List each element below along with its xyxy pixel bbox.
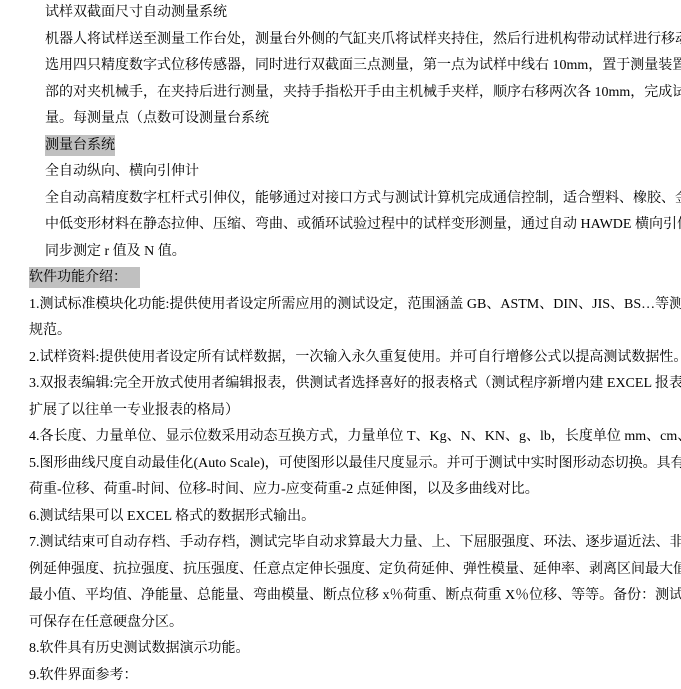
list-line: 例延伸强度、抗拉强度、抗压强度、任意点定伸长强度、定负荷延伸、弹性模量、延伸率、…	[0, 557, 681, 584]
heading-line: 软件功能介绍：	[0, 265, 681, 292]
list-line: 荷重-位移、荷重-时间、位移-时间、应力-应变荷重-2 点延伸图，以及多曲线对比…	[0, 477, 681, 504]
list-line: 2.试样资料:提供使用者设定所有试样数据，一次输入永久重复使用。并可自行增修公式…	[0, 345, 681, 372]
paragraph-line: 机器人将试样送至测量工作台处，测量台外侧的气缸夹爪将试样夹持住，然后行进机构带动…	[0, 27, 681, 54]
list-line: 6.测试结果可以 EXCEL 格式的数据形式输出。	[0, 504, 681, 531]
list-line: 可保存在任意硬盘分区。	[0, 610, 681, 637]
list-line: 3.双报表编辑:完全开放式使用者编辑报表，供测试者选择喜好的报表格式（测试程序新…	[0, 371, 681, 398]
heading-software-features: 软件功能介绍：	[29, 267, 140, 288]
paragraph-line: 中低变形材料在静态拉伸、压缩、弯曲、或循环试验过程中的试样变形测量，通过自动 H…	[0, 212, 681, 239]
paragraph-line: 选用四只精度数字式位移传感器，同时进行双截面三点测量，第一点为试样中线右 10m…	[0, 53, 681, 80]
paragraph-line: 全自动高精度数字杠杆式引伸仪，能够通过对接口方式与测试计算机完成通信控制，适合塑…	[0, 186, 681, 213]
list-line: 9.软件界面参考：	[0, 663, 681, 689]
paragraph-line: 部的对夹机械手，在夹持后进行测量，夹持手指松开手由主机械手夹样，顺序右移两次各 …	[0, 80, 681, 107]
list-line: 7.测试结束可自动存档、手动存档，测试完毕自动求算最大力量、上、下屈服强度、环法…	[0, 530, 681, 557]
list-line: 5.图形曲线尺度自动最佳化(Auto Scale)，可使图形以最佳尺度显示。并可…	[0, 451, 681, 478]
doc-title: 试样双截面尺寸自动测量系统	[0, 0, 681, 27]
list-line: 最小值、平均值、净能量、总能量、弯曲模量、断点位移 x％荷重、断点荷重 X％位移…	[0, 583, 681, 610]
list-line: 1.测试标准模块化功能:提供使用者设定所需应用的测试设定，范围涵盖 GB、AST…	[0, 292, 681, 319]
paragraph-line: 量。每测量点（点数可设测量台系统	[0, 106, 681, 133]
list-line: 规范。	[0, 318, 681, 345]
subheading-extensometer: 全自动纵向、横向引伸计	[0, 159, 681, 186]
list-line: 扩展了以往单一专业报表的格局）	[0, 398, 681, 425]
list-line: 4.各长度、力量单位、显示位数采用动态互换方式，力量单位 T、Kg、N、KN、g…	[0, 424, 681, 451]
document-page: 试样双截面尺寸自动测量系统 机器人将试样送至测量工作台处，测量台外侧的气缸夹爪将…	[0, 0, 681, 689]
paragraph-line: 同步测定 r 值及 N 值。	[0, 239, 681, 266]
list-line: 8.软件具有历史测试数据演示功能。	[0, 636, 681, 663]
heading-measurement-station: 测量台系统	[45, 135, 115, 156]
heading-line: 测量台系统	[0, 133, 681, 160]
